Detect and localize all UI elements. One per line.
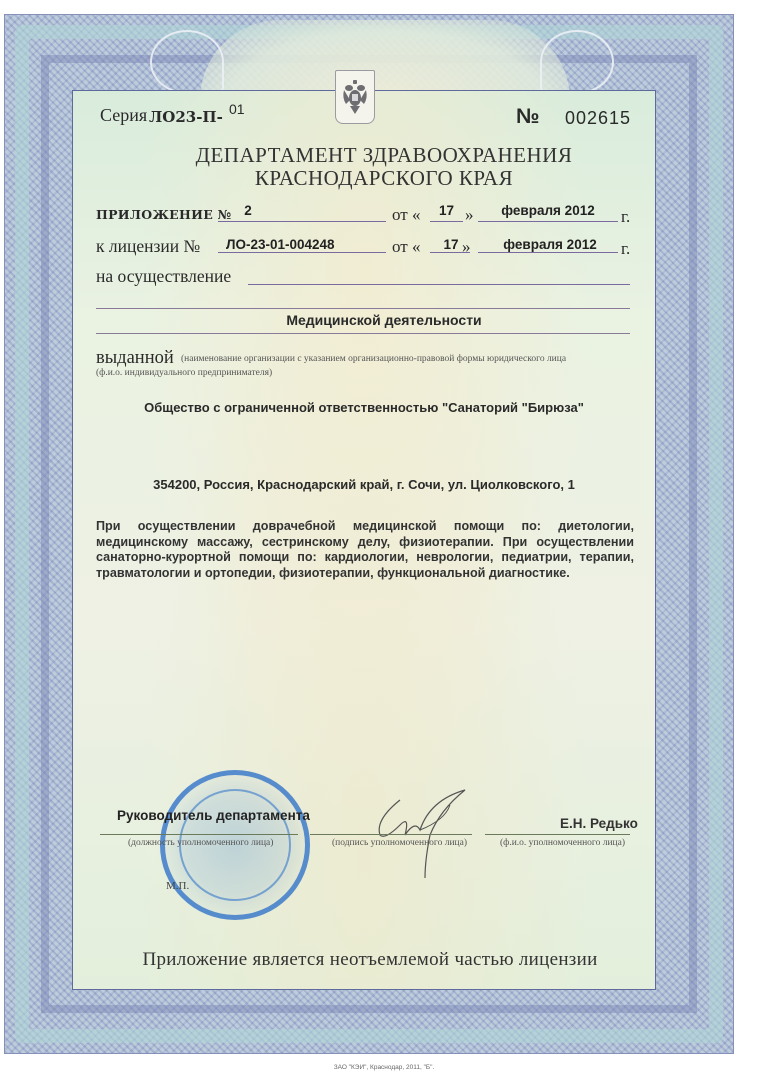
- document-number: 002615: [565, 108, 631, 129]
- floral-ornament-right: [540, 30, 614, 94]
- license-year-suffix: г.: [621, 239, 630, 259]
- issued-caption-line1: (наименование организации с указанием ор…: [181, 354, 566, 364]
- license-label: к лицензии №: [96, 236, 200, 257]
- appendix-day: 17: [430, 203, 463, 218]
- activity-line-2: [96, 308, 630, 309]
- signature-mark: [370, 780, 480, 880]
- position-caption: (должность уполномоченного лица): [128, 838, 273, 848]
- license-day: 17: [440, 237, 462, 252]
- activity-line-3: [96, 333, 630, 334]
- department-title-line2: КРАСНОДАРСКОГО КРАЯ: [0, 166, 768, 191]
- series-label: Серия: [100, 105, 147, 126]
- license-number: ЛО-23-01-004248: [226, 237, 335, 252]
- activity-line-1: [248, 284, 630, 285]
- appendix-date-line: [478, 221, 618, 222]
- licensed-services-text: При осуществлении доврачебной медицинско…: [96, 519, 634, 581]
- series-number: 01: [229, 101, 245, 117]
- organization-address: 354200, Россия, Краснодарский край, г. С…: [0, 477, 728, 492]
- organization-name: Общество с ограниченной ответственностью…: [0, 400, 728, 415]
- appendix-from-label: от «: [392, 205, 420, 225]
- license-number-line: [218, 252, 386, 253]
- appendix-label: ПРИЛОЖЕНИЕ №: [96, 207, 232, 222]
- name-caption: (ф.и.о. уполномоченного лица): [500, 838, 625, 848]
- signature-caption: (подпись уполномоченного лица): [332, 838, 467, 848]
- appendix-number: 2: [218, 203, 278, 218]
- issued-caption-line2: (ф.и.о. индивидуального предпринимателя): [96, 368, 272, 378]
- double-headed-eagle-icon: [340, 78, 370, 116]
- license-close-quote: »: [462, 237, 471, 257]
- appendix-note: Приложение является неотъемлемой частью …: [0, 949, 740, 971]
- license-date-line: [478, 252, 618, 253]
- printer-imprint: ЗАО "КЭИ", Краснодар, 2011, "Б".: [0, 1064, 768, 1071]
- activity-label: на осуществление: [96, 266, 231, 287]
- number-sign: №: [516, 105, 539, 129]
- floral-ornament-left: [150, 30, 224, 94]
- seal-label: М.П.: [166, 880, 189, 892]
- series-code: ЛО23-П-: [149, 108, 223, 126]
- activity-value: Медицинской деятельности: [0, 312, 768, 328]
- department-title-line1: ДЕПАРТАМЕНТ ЗДРАВООХРАНЕНИЯ: [0, 143, 768, 168]
- appendix-year-suffix: г.: [621, 207, 630, 227]
- name-line: [485, 834, 630, 835]
- coat-of-arms-emblem: [335, 70, 375, 124]
- appendix-day-line: [430, 221, 463, 222]
- issued-label: выданной: [96, 348, 174, 369]
- appendix-close-quote: »: [465, 205, 474, 225]
- signature-line: [310, 834, 472, 835]
- top-ornament-arch: [200, 20, 570, 100]
- appendix-month-year: февраля 2012: [478, 203, 618, 218]
- signer-position: Руководитель департамента: [117, 808, 310, 823]
- license-month-year: февраля 2012: [490, 237, 610, 252]
- signer-name: Е.Н. Редько: [560, 816, 638, 831]
- appendix-number-line: [218, 221, 386, 222]
- license-from-label: от «: [392, 237, 420, 257]
- position-line: [100, 834, 298, 835]
